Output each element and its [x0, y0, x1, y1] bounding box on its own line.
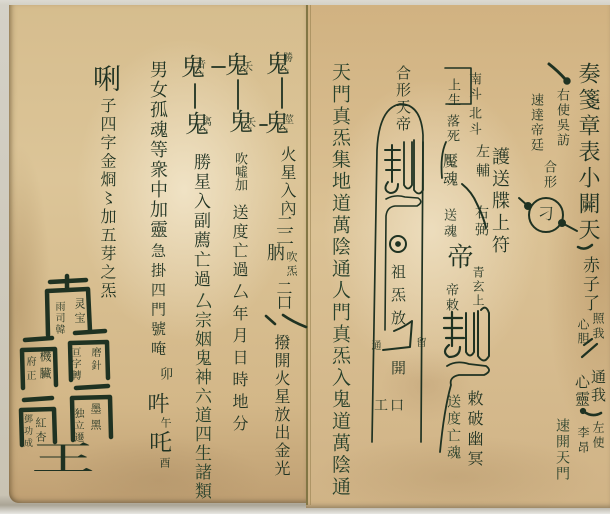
ghost-glyph-top-middle: 鬼 夭 [225, 53, 263, 81]
zha-glyph: 吒 [146, 430, 169, 453]
gate-column-text: 天門真炁集地道萬陰通人門真炁入鬼道萬陰通 [330, 62, 349, 498]
talisman-liu: 留 [414, 337, 424, 347]
ghost-glyph-top-right: 鬼 勝 [266, 52, 304, 80]
talisman-kai: 開 [390, 360, 405, 375]
seal-inner-glyph: 刁 [538, 206, 554, 222]
book-spine [306, 5, 308, 505]
note-b-left: 心靈 [574, 374, 589, 408]
blow-breath: 吹噓加 [233, 152, 246, 191]
double-two: 二二 [274, 214, 292, 242]
south-dipper: 南斗 [467, 72, 480, 102]
thunder-seal-1-right: 灵宝 [74, 298, 85, 326]
fire-star-enter: 火星入內 [279, 146, 295, 218]
soul-b: 送魂 [442, 208, 455, 240]
ghost-component: 夭 [243, 63, 253, 73]
petition-heading: 奏箋章表小開天 [576, 62, 598, 244]
note-b-right: 通我 [590, 369, 605, 405]
fall-death: 落死 [445, 114, 458, 144]
ghost-component: 勝 [283, 54, 293, 64]
blow-qi: 吹炁 [286, 251, 297, 279]
four-gates: 急掛四門號唵 [150, 243, 165, 360]
thunder-seal-1-left: 雨司韓 [53, 301, 63, 336]
manuscript-spread: 奏箋章表小開天 赤子了 照我 心胆 ン 通我 心靈 左使 李昂 速開天門 右使吳… [0, 0, 610, 514]
ghost-glyph-bottom-right: 鬼 莖 [265, 111, 303, 139]
seal-base-glyph: 王 [31, 442, 96, 476]
talisman-zu-qi-fang: 祖炁放 [390, 264, 405, 333]
two-mouth: 二口 [275, 280, 291, 308]
ghost-component: 离 [202, 118, 212, 128]
decree-text: 帝敕 [444, 283, 457, 313]
thunder-seal-2-left: 亘字轉 [69, 347, 79, 382]
north-dipper: 北斗 [467, 106, 480, 138]
ghost-component: 夭 [246, 119, 256, 129]
thunder-seal-3-right: 機臟 [39, 350, 51, 384]
right-envoy-text: 右使吳訪 [555, 88, 568, 148]
break-dark-text: 敕破幽冥 [466, 390, 482, 470]
thunder-seal-4-right: 墨黑 [90, 403, 101, 435]
send-souls-text: 送度亡魂 [446, 394, 460, 462]
note-c-left: 李昂 [577, 426, 589, 456]
open-gate-text: 速開天門 [555, 418, 569, 482]
seal-side-glyph: 屛 [581, 200, 592, 211]
note-a-right: 照我 [592, 312, 604, 342]
date-place: 厶年月日時地分 [231, 283, 247, 437]
petition-continuation: 赤子了 [580, 256, 597, 313]
star-enter: 勝星入副薦亡過 [191, 153, 208, 290]
beings-list: 厶宗姻鬼神六道四生諸類 [192, 292, 209, 501]
talisman-gong-kou: 工口 [374, 399, 406, 413]
orphan-souls: 男女孤魂等衆中加靈 [148, 60, 166, 240]
ghost-glyph-top-left: 鬼 音 [181, 55, 219, 83]
emperor-glyph: 帝 [445, 243, 471, 269]
wu-glyph: 午 [160, 417, 171, 428]
talisman-tong: 通 [369, 340, 379, 350]
left-aide: 左輔 [475, 144, 489, 182]
release-fire-star: 撥開火星放出金光 [273, 334, 289, 478]
you-glyph: 酉 [159, 457, 170, 468]
right-aide: 右弼 [474, 205, 488, 239]
note-a-left: 心胆 [577, 318, 589, 346]
send-deceased: 送度亡過 [231, 204, 247, 280]
escort-talisman-text: 護送牒上符 [490, 147, 508, 257]
qingxuan-text: 青玄上 [472, 266, 484, 308]
thunder-seal-2-right: 磨針 [89, 347, 99, 373]
hum-glyph: 吽 [145, 392, 167, 414]
upper-birth: 上生 [446, 78, 459, 108]
repeat-mark: ン [600, 330, 601, 331]
ghost-component: 莖 [284, 116, 294, 126]
ghost-component: 音 [196, 61, 206, 71]
eight-glyph: 八 [300, 300, 301, 301]
reach-court-text: 速達帝廷 [529, 93, 542, 153]
na-glyph: 肭 [265, 243, 283, 261]
mao-glyph: 卯 [158, 367, 171, 380]
combine-form-label: 合形 [542, 160, 555, 190]
talisman-heading: 合形天帝 [395, 65, 410, 133]
thunder-seal-3-left: 府正 [24, 356, 34, 384]
note-c-right: 左使 [592, 421, 604, 451]
ghost-glyph-bottom-middle: 鬼 夭 [229, 110, 267, 138]
spine-fold-line [310, 5, 311, 505]
thunder-seal-5-left: 鄧功成 [22, 414, 31, 450]
soul-a: 魘魂 [442, 153, 457, 189]
mantra-instruction: 子四字金烱〻加五芽之炁 [99, 97, 115, 301]
li-glyph: 唎 [91, 64, 119, 92]
ghost-glyph-bottom-left: 鬼 离 [185, 112, 223, 140]
